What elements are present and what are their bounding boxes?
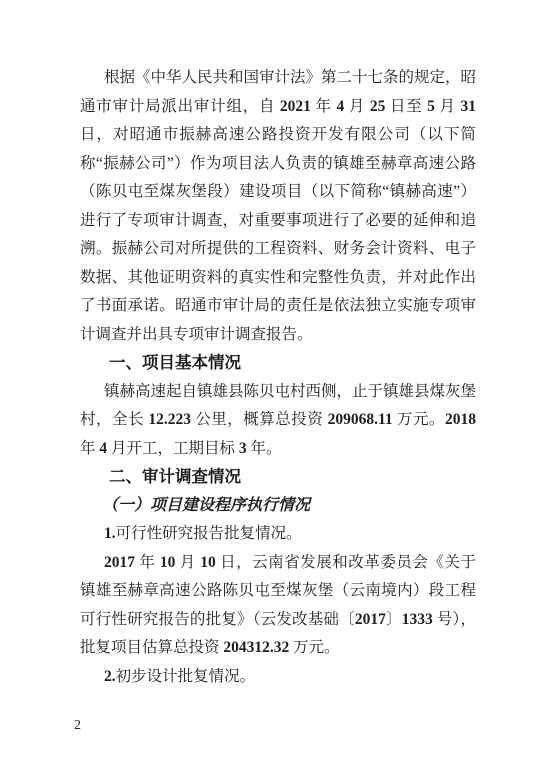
- document-page: 根据《中华人民共和国审计法》第二十七条的规定，昭通市审计局派出审计组，自 202…: [0, 0, 550, 778]
- paragraph-audit-basis: 根据《中华人民共和国审计法》第二十七条的规定，昭通市审计局派出审计组，自 202…: [80, 64, 476, 349]
- list-item-feasibility-study: 1.可行性研究报告批复情况。: [80, 520, 476, 549]
- list-item-preliminary-design: 2.初步设计批复情况。: [80, 663, 476, 692]
- subsection-heading-construction-procedure: （一）项目建设程序执行情况: [80, 492, 476, 521]
- document-body: 根据《中华人民共和国审计法》第二十七条的规定，昭通市审计局派出审计组，自 202…: [80, 64, 476, 691]
- section-heading-project-overview: 一、项目基本情况: [80, 349, 476, 378]
- page-number: 2: [74, 716, 81, 736]
- section-heading-audit-findings: 二、审计调查情况: [80, 463, 476, 492]
- paragraph-project-overview: 镇赫高速起自镇雄县陈贝屯村西侧，止于镇雄县煤灰堡村，全长 12.223 公里，概…: [80, 378, 476, 464]
- paragraph-feasibility-approval: 2017 年 10 月 10 日，云南省发展和改革委员会《关于镇雄至赫章高速公路…: [80, 549, 476, 663]
